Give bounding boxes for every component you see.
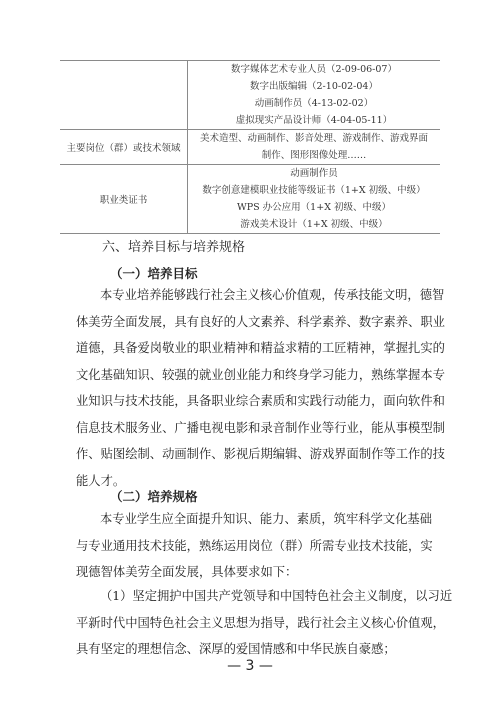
table-row-value: 动画制作员 数字创意建模职业技能等级证书（1+X 初级、中级） WPS 办公应用… — [188, 165, 441, 234]
table-row: 职业类证书 动画制作员 数字创意建模职业技能等级证书（1+X 初级、中级） WP… — [60, 165, 440, 234]
table-row: 主要岗位（群）或技术领域 美术造型、动画制作、影音处理、游戏制作、游戏界面 制作… — [60, 130, 440, 165]
specs-intro-paragraph: 本专业学生应全面提升知识、能力、素质，筑牢科学文化基础 与专业通用技术技能，熟练… — [76, 506, 436, 586]
job-field-text: 美术造型、动画制作、影音处理、游戏制作、游戏界面 — [188, 130, 440, 147]
spec-item-1: （1）坚定拥护中国共产党领导和中国特色社会主义制度，以习近 平新时代中国特色社会… — [76, 583, 436, 663]
paragraph-line: 文化基础知识、较强的就业创业能力和终身学习能力，熟练掌握本专 — [76, 362, 436, 389]
paragraph-line: （1）坚定拥护中国共产党领导和中国特色社会主义制度，以习近 — [76, 583, 436, 610]
paragraph-line: 道德，具备爱岗敬业的职业精神和精益求精的工匠精神，掌握扎实的 — [76, 335, 436, 362]
subsection-heading-goals: （一）培养目标 — [110, 264, 198, 282]
occupation-item: 动画制作员（4-13-02-02） — [188, 95, 440, 112]
table-row-value: 数字媒体艺术专业人员（2-09-06-07） 数字出版编辑（2-10-02-04… — [188, 61, 441, 130]
subsection-heading-specs: （二）培养规格 — [110, 487, 198, 505]
certificate-item: 游戏美术设计（1+X 初级、中级） — [188, 216, 440, 233]
document-page: 数字媒体艺术专业人员（2-09-06-07） 数字出版编辑（2-10-02-04… — [0, 0, 500, 707]
paragraph-line: 与专业通用技术技能，熟练运用岗位（群）所需专业技术技能，实 — [76, 533, 436, 560]
table-row-label: 主要岗位（群）或技术领域 — [60, 130, 188, 165]
paragraph-line: 业知识与技术技能，具备职业综合素质和实践行动能力，面向软件和 — [76, 388, 436, 415]
section-heading: 六、培养目标与培养规格 — [102, 236, 245, 255]
certificate-item: 动画制作员 — [188, 165, 440, 182]
occupation-item: 虚拟现实产品设计师（4-04-05-11） — [188, 112, 440, 129]
table-row-label — [60, 61, 188, 130]
occupation-item: 数字媒体艺术专业人员（2-09-06-07） — [188, 61, 440, 78]
table-row-value: 美术造型、动画制作、影音处理、游戏制作、游戏界面 制作、图形图像处理…… — [188, 130, 441, 165]
table-row-label: 职业类证书 — [60, 165, 188, 234]
certificate-item: WPS 办公应用（1+X 初级、中级） — [188, 199, 440, 216]
occupation-table: 数字媒体艺术专业人员（2-09-06-07） 数字出版编辑（2-10-02-04… — [60, 60, 440, 234]
occupation-item: 数字出版编辑（2-10-02-04） — [188, 78, 440, 95]
table-row: 数字媒体艺术专业人员（2-09-06-07） 数字出版编辑（2-10-02-04… — [60, 61, 440, 130]
paragraph-line: 作、贴图绘制、动画制作、影视后期编辑、游戏界面制作等工作的技 — [76, 441, 436, 468]
job-field-text: 制作、图形图像处理…… — [188, 147, 440, 164]
page-number: — 3 — — [0, 658, 500, 674]
paragraph-line: 本专业培养能够践行社会主义核心价值观，传承技能文明，德智 — [76, 282, 436, 309]
goals-paragraph: 本专业培养能够践行社会主义核心价值观，传承技能文明，德智 体美劳全面发展，具有良… — [76, 282, 436, 494]
paragraph-line: 本专业学生应全面提升知识、能力、素质，筑牢科学文化基础 — [76, 506, 436, 533]
paragraph-line: 现德智体美劳全面发展，具体要求如下： — [76, 559, 436, 586]
certificate-item: 数字创意建模职业技能等级证书（1+X 初级、中级） — [188, 182, 440, 199]
paragraph-line: 信息技术服务业、广播电视电影和录音制作业等行业，能从事模型制 — [76, 415, 436, 442]
paragraph-line: 平新时代中国特色社会主义思想为指导，践行社会主义核心价值观， — [76, 610, 436, 637]
paragraph-line: 体美劳全面发展，具有良好的人文素养、科学素养、数字素养、职业 — [76, 309, 436, 336]
